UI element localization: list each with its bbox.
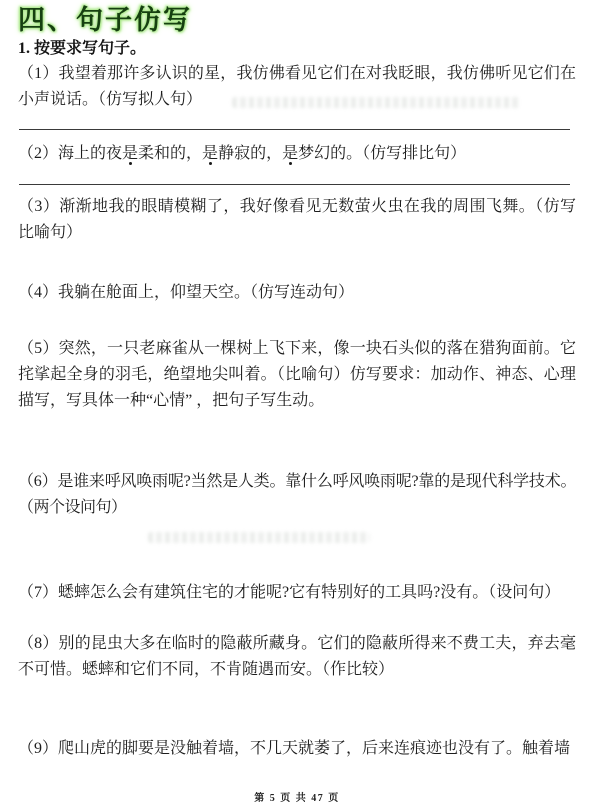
- section-title: 四、句子仿写: [18, 4, 192, 36]
- watermark-smudge: [148, 532, 370, 543]
- answer-blank-line-2: [19, 184, 570, 185]
- answer-blank-line-1: [19, 129, 570, 130]
- worksheet-page: 四、句子仿写 1. 按要求写句子。 （1）我望着那许多认识的星，我仿佛看见它们在…: [0, 0, 594, 811]
- question-item-7: （7）蟋蟀怎么会有建筑住宅的才能呢?它有特别好的工具吗?没有。（设问句）: [18, 580, 576, 606]
- question-item-9: （9）爬山虎的脚要是没触着墙，不几天就萎了，后来连痕迹也没有了。触着墙: [18, 736, 576, 762]
- text-segment: （2）海上的夜: [18, 145, 122, 162]
- question-item-5: （5）突然，一只老麻雀从一棵树上飞下来，像一块石头似的落在猎狗面前。它挓挲起全身…: [18, 336, 576, 414]
- emphasized-char: 是: [122, 145, 138, 162]
- question-item-6: （6）是谁来呼风唤雨呢?当然是人类。靠什么呼风唤雨呢?靠的是现代科学技术。（两个…: [18, 469, 576, 521]
- question-item-3: （3）渐渐地我的眼睛模糊了，我好像看见无数萤火虫在我的周围飞舞。（仿写比喻句）: [18, 194, 576, 246]
- page-number-footer: 第 5 页 共 47 页: [0, 789, 594, 804]
- emphasized-char: 是: [202, 145, 218, 162]
- question-item-4: （4）我躺在舱面上，仰望天空。（仿写连动句）: [18, 280, 576, 306]
- watermark-smudge: [232, 97, 520, 108]
- text-segment: 梦幻的。（仿写排比句）: [298, 145, 466, 162]
- question-item-2: （2）海上的夜是柔和的，是静寂的，是梦幻的。（仿写排比句）: [18, 141, 576, 167]
- emphasized-char: 是: [282, 145, 298, 162]
- exercise-heading: 1. 按要求写句子。: [18, 38, 146, 60]
- question-item-8: （8）别的昆虫大多在临时的隐蔽所藏身。它们的隐蔽所得来不费工夫，弃去毫不可惜。蟋…: [18, 631, 576, 683]
- text-segment: 柔和的，: [138, 145, 202, 162]
- text-segment: 静寂的，: [218, 145, 282, 162]
